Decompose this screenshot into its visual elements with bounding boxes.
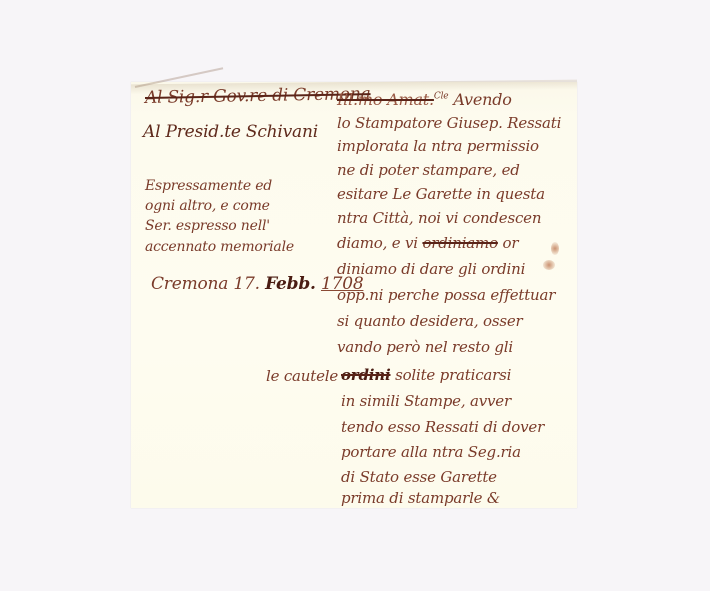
struck-salutation: Ill.mo Amat. <box>337 90 434 109</box>
body-line-6-tail: or <box>502 234 518 252</box>
paper-crease <box>135 67 223 88</box>
body-line-4: esitare Le Garette in questa <box>337 185 545 203</box>
body-line-12: in simili Stampe, avver <box>341 392 511 410</box>
date-place: Cremona 17. <box>151 274 260 294</box>
note-line-1: Espressamente ed <box>145 178 272 194</box>
struck-ordini: ordini <box>341 366 391 384</box>
body-line-6-text: diamo, e vi <box>337 234 418 252</box>
salutation-superscript: Cle <box>434 92 449 102</box>
salutation-text: Avendo <box>453 90 511 109</box>
ink-stain <box>543 260 555 270</box>
margin-insert: le cautele <box>266 367 338 385</box>
struck-word: ordiniamo <box>422 234 497 252</box>
body-line-8: opp.ni perche possa effettuar <box>337 286 555 304</box>
body-line-13: tendo esso Ressati di dover <box>341 418 544 436</box>
body-line-5: ntra Città, noi vi condescen <box>337 209 541 227</box>
date-line: Cremona 17. Febb. 1708 <box>151 274 363 294</box>
manuscript-page: Al Sig.r Gov.re di Cremona Al Presid.te … <box>131 82 577 508</box>
body-line-14: portare alla ntra Seg.ria <box>341 443 521 461</box>
note-line-3: Ser. espresso nell' <box>145 218 270 234</box>
body-line-9: si quanto desidera, osser <box>337 312 523 330</box>
body-line-3: ne di poter stampare, ed <box>337 161 520 179</box>
body-line-15: di Stato esse Garette <box>341 468 497 486</box>
body-line-7: diniamo di dare gli ordini <box>337 260 525 278</box>
recipient-address: Al Presid.te Schivani <box>143 122 318 142</box>
body-line-1: lo Stampatore Giusep. Ressati <box>337 114 561 132</box>
salutation-line: Ill.mo Amat.Cle Avendo <box>337 90 512 109</box>
body-line-11-text: solite praticarsi <box>395 366 511 384</box>
body-line-6: diamo, e vi ordiniamo or <box>337 234 518 252</box>
ink-stain <box>551 242 559 255</box>
body-line-16: prima di stamparle & <box>341 489 500 507</box>
body-line-11: ordini solite praticarsi <box>341 366 511 384</box>
date-month: Febb. <box>265 274 316 294</box>
note-line-2: ogni altro, e come <box>145 198 270 214</box>
body-line-10: vando però nel resto gli <box>337 338 513 356</box>
note-line-4: accennato memoriale <box>145 239 294 255</box>
body-line-2: implorata la ntra permissio <box>337 137 539 155</box>
